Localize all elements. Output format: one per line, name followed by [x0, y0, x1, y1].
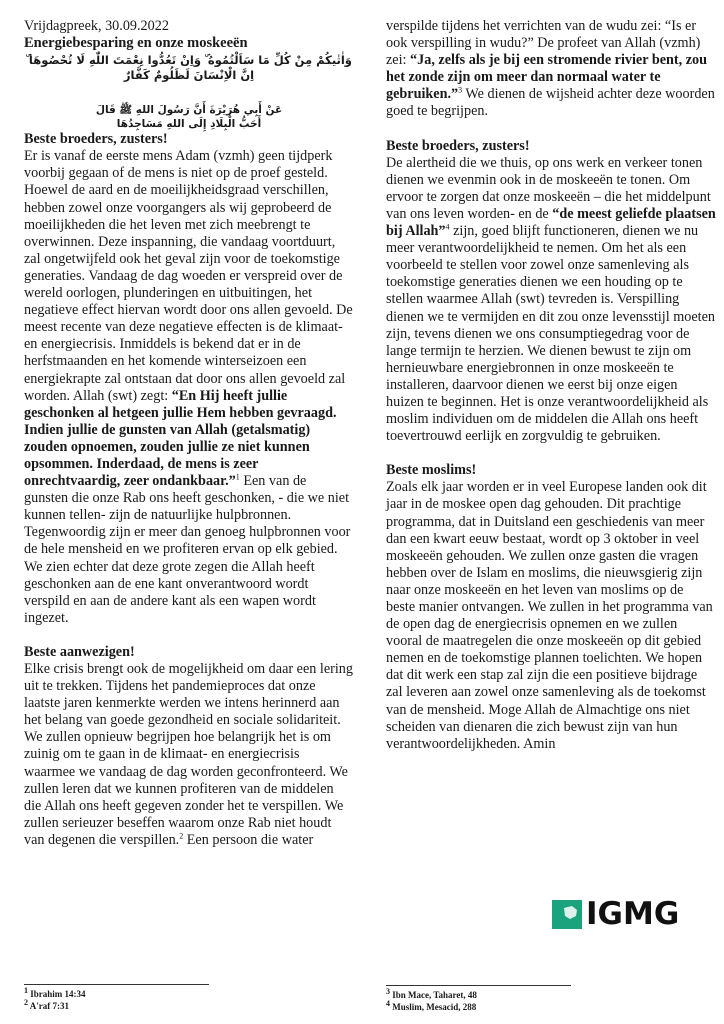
paragraph-text: Een van de gunsten die onze Rab ons heef…: [24, 473, 350, 626]
paragraph: verspilde tijdens het verrichten van de …: [386, 18, 716, 121]
arabic-verse: وَاٰتٰيكُمْ مِنْ كُلِّ مَا سَاَلْتُمُوهُ…: [24, 53, 354, 83]
left-column: Vrijdagpreek, 30.09.2022 Energiebesparin…: [24, 18, 354, 849]
right-column: verspilde tijdens het verrichten van de …: [386, 18, 716, 753]
igmg-wordmark: IGMG: [586, 899, 679, 929]
sermon-title: Energiebesparing en onze moskeeën: [24, 35, 354, 52]
paragraph: De alertheid die we thuis, op ons werk e…: [386, 155, 716, 446]
paragraph: Zoals elk jaar worden er in veel Europes…: [386, 479, 716, 753]
sermon-date: Vrijdagpreek, 30.09.2022: [24, 18, 354, 35]
footnotes-left: 1 Ibrahim 14:34 2 A'raf 7:31: [24, 984, 209, 1012]
igmg-logo: IGMG: [552, 896, 679, 932]
paragraph-text: Elke crisis brengt ook de mogelijkheid o…: [24, 661, 353, 848]
section-heading: Beste broeders, zusters!: [24, 131, 354, 148]
paragraph: Er is vanaf de eerste mens Adam (vzmh) g…: [24, 148, 354, 627]
paragraph-text: Een persoon die water: [183, 832, 313, 848]
footnotes-right: 3 Ibn Mace, Taharet, 48 4 Muslim, Mesaci…: [386, 985, 571, 1013]
igmg-crescent-globe-icon: [552, 900, 582, 929]
footnote: 2 A'raf 7:31: [24, 1001, 209, 1013]
section-heading: Beste broeders, zusters!: [386, 138, 716, 155]
paragraph-text: Er is vanaf de eerste mens Adam (vzmh) g…: [24, 148, 353, 403]
footnote: 1 Ibrahim 14:34: [24, 989, 209, 1001]
paragraph: Elke crisis brengt ook de mogelijkheid o…: [24, 661, 354, 849]
section-heading: Beste aanwezigen!: [24, 644, 354, 661]
footnote: 4 Muslim, Mesacid, 288: [386, 1002, 571, 1014]
footnote: 3 Ibn Mace, Taharet, 48: [386, 990, 571, 1002]
arabic-hadith: عَنْ أَبِي هُرَيْرَةَ أَنَّ رَسُولَ الله…: [24, 103, 354, 131]
paragraph-text: zijn, goed blijft functioneren, dienen w…: [386, 223, 715, 444]
arabic-hadith-line-1: عَنْ أَبِي هُرَيْرَةَ أَنَّ رَسُولَ الله…: [24, 103, 354, 117]
section-heading: Beste moslims!: [386, 462, 716, 479]
arabic-hadith-line-2: أَحَبُّ الْبِلَادِ إِلَى اللهِ مَسَاجِدُ…: [24, 117, 354, 131]
